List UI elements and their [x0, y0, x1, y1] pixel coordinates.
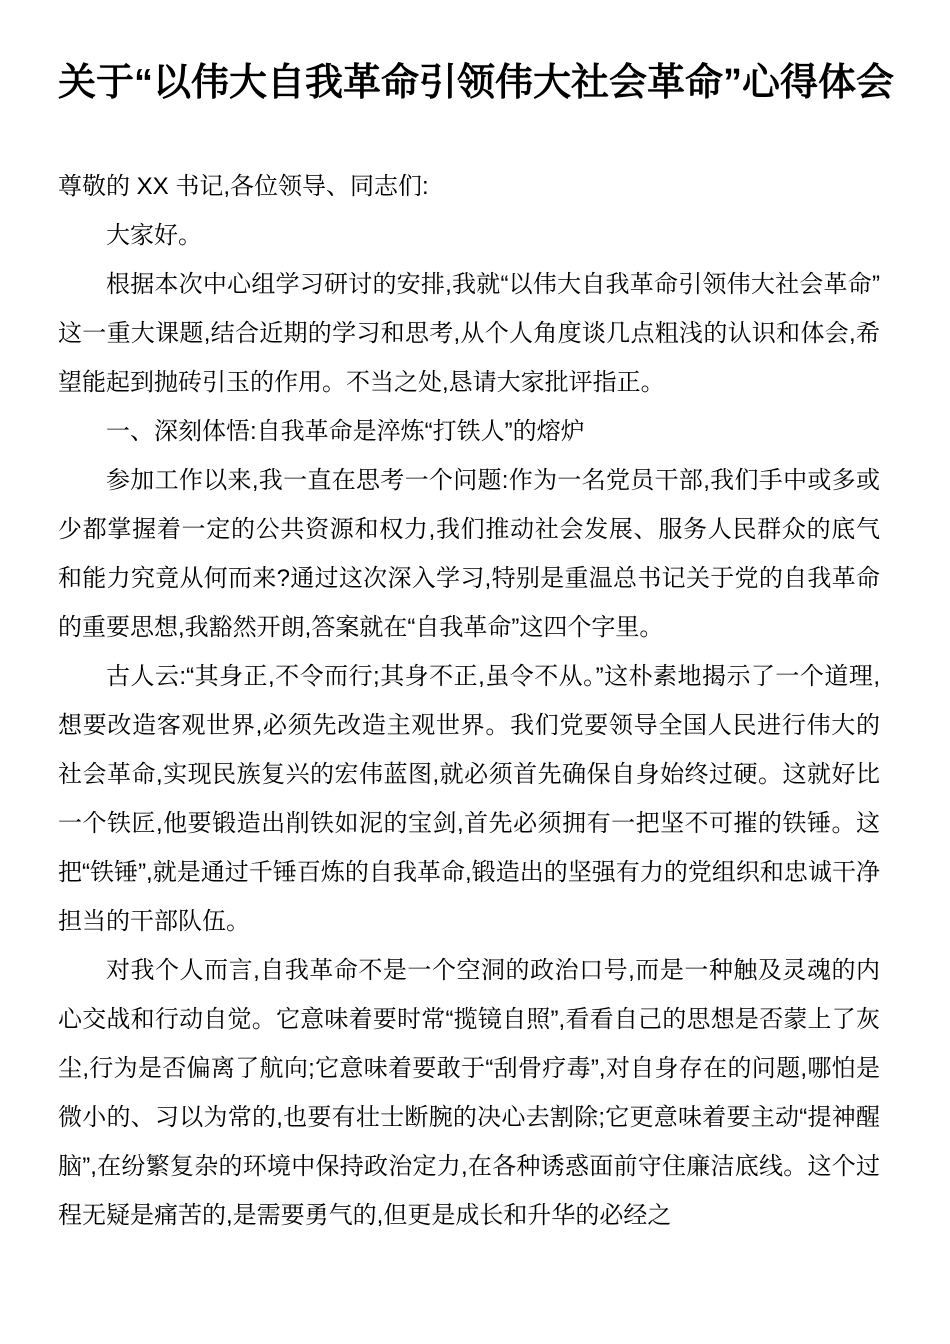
body-paragraph-2: 古人云:“其身正,不令而行;其身不正,虽令不从。”这朴素地揭示了一个道理,想要改… [58, 652, 880, 946]
salutation-line: 尊敬的 XX 书记,各位领导、同志们: [58, 162, 880, 211]
section-heading-1: 一、深刻体悟:自我革命是淬炼“打铁人”的熔炉 [58, 407, 880, 456]
document-body: 尊敬的 XX 书记,各位领导、同志们: 大家好。 根据本次中心组学习研讨的安排,… [58, 162, 880, 1240]
body-paragraph-1: 参加工作以来,我一直在思考一个问题:作为一名党员干部,我们手中或多或少都掌握着一… [58, 456, 880, 652]
intro-paragraph: 根据本次中心组学习研讨的安排,我就“以伟大自我革命引领伟大社会革命”这一重大课题… [58, 260, 880, 407]
document-title: 关于“以伟大自我革命引领伟大社会革命”心得体会 [58, 60, 880, 106]
document-page: 关于“以伟大自我革命引领伟大社会革命”心得体会 尊敬的 XX 书记,各位领导、同… [0, 0, 950, 1344]
greeting-paragraph: 大家好。 [58, 211, 880, 260]
body-paragraph-3: 对我个人而言,自我革命不是一个空洞的政治口号,而是一种触及灵魂的内心交战和行动自… [58, 946, 880, 1240]
